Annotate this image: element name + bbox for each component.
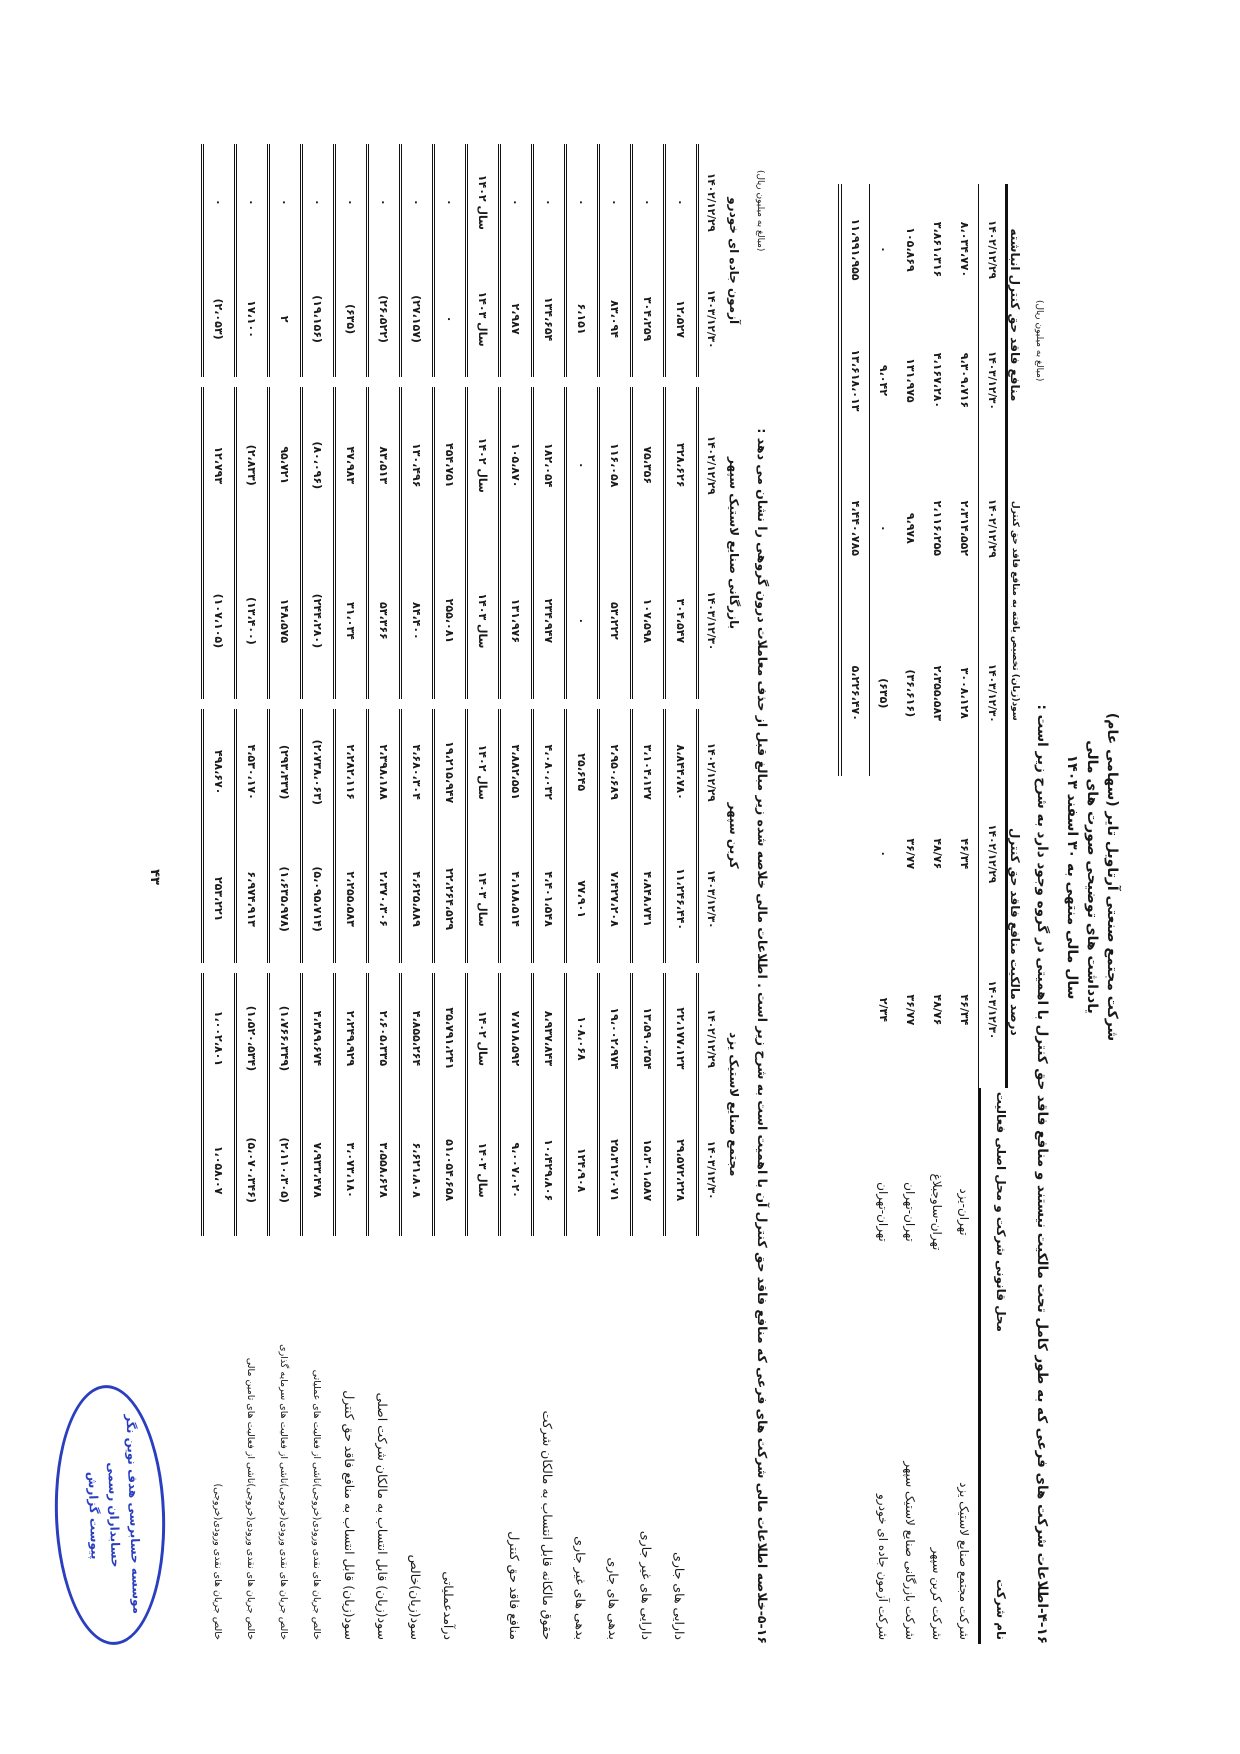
total-accum-prev: ۱۱،۹۹۱،۹۵۵ <box>838 184 870 315</box>
accum-prior: ۰ <box>870 184 897 315</box>
value-cell: ۲۹،۵۷۲،۲۲۸ <box>663 1104 696 1236</box>
value-cell: ۰ <box>531 144 564 261</box>
col-accum-nci: منافع فاقد حق کنترل انباشته <box>1005 184 1022 446</box>
profit-current: (۶۳۵) <box>870 611 897 776</box>
value-cell: ۷،۷۱۸،۵۹۲ <box>498 973 531 1105</box>
value-cell: ۱،۰۰۲،۸۰۱ <box>201 973 234 1105</box>
col-name: نام شرکت <box>978 1336 1022 1644</box>
table-row: دارایی های جاری۲۹،۵۷۲،۲۲۸۲۲،۱۷۷،۱۲۳۱۱،۲۴… <box>663 144 696 1644</box>
value-cell: ۵۳،۲۲۲ <box>597 543 630 699</box>
date-current: ۱۴۰۳/۱۲/۳۰ <box>696 1104 723 1236</box>
gap <box>234 699 267 709</box>
value-cell: ۲۳۴،۹۴۷ <box>531 543 564 699</box>
value-cell: ۸۴،۴۰۰ <box>399 543 432 699</box>
fiscal-period: سال مالی منتهی به ۳۰ اسفند ۱۴۰۳ <box>1062 0 1082 1754</box>
value-cell: ۲،۳۹۸،۱۸۸ <box>366 709 399 836</box>
ownership-prior: ۴۸/۷۶ <box>924 776 951 932</box>
year-header-row: سال ۱۴۰۳سال ۱۴۰۲سال ۱۴۰۳سال ۱۴۰۲سال ۱۴۰۳… <box>465 144 498 1644</box>
value-cell: ۱،۰۵۸،۰۷ <box>201 1104 234 1236</box>
value-cell: ۴،۸۴۸،۷۳۱ <box>630 836 663 963</box>
ownership-current: ۴۶/۳۴ <box>951 932 978 1088</box>
gap <box>465 377 498 387</box>
value-cell: ۲،۳۷۰،۳۰۶ <box>366 836 399 963</box>
value-cell: ۰ <box>432 144 465 261</box>
gap <box>630 963 663 973</box>
value-cell: ۰ <box>201 144 234 261</box>
date-current: ۱۴۰۳/۱۲/۳۰ <box>978 932 1005 1088</box>
value-cell: ۱۵،۳۰۱،۵۸۷ <box>630 1104 663 1236</box>
row-label: خالص جریان های نقدی ورودی(خروجی)ناشی از … <box>234 1236 267 1644</box>
table-row: خالص جریان های نقدی ورودی(خروجی)۱،۰۵۸،۰۷… <box>201 144 234 1644</box>
value-cell: (۸۰،۰۹۶) <box>300 387 333 543</box>
value-cell: ۱۲،۵۲۷ <box>663 261 696 378</box>
gap <box>366 963 399 973</box>
value-cell: ۱۰،۴۲۹،۸۰۶ <box>531 1104 564 1236</box>
value-cell: (۱۰۷،۱۰۵) <box>201 543 234 699</box>
value-cell: ۸،۹۳۷،۸۴۳ <box>531 973 564 1105</box>
value-cell: ۰ <box>498 144 531 261</box>
table-row: شرکت کربن سپهرتهران-ساوجبلاغ۴۸/۷۶۴۸/۷۶۲،… <box>924 184 951 1644</box>
gap <box>498 377 531 387</box>
gap <box>267 699 300 709</box>
accum-prior: ۸،۰۳۴،۷۷۰ <box>951 184 978 315</box>
year-header: سال ۱۴۰۲ <box>465 144 498 261</box>
col-location: محل قانونی شرکت و محل اصلی فعالیت <box>978 1088 1022 1336</box>
company-title: شرکت مجتمع صنعتی آرتاویل تایر (سهامی عام… <box>1102 0 1122 1754</box>
summary-financials-table: مجتمع صنایع لاستیک یزدکربن سپهربازرگانی … <box>201 144 745 1644</box>
value-cell: ۹۵،۷۲۱ <box>267 387 300 543</box>
table-row: خالص جریان های نقدی ورودی(خروجی)ناشی از … <box>300 144 333 1644</box>
gap <box>696 963 723 973</box>
profit-current: ۳۰۰۸،۱۲۸ <box>951 611 978 776</box>
value-cell: ۰ <box>432 261 465 378</box>
date-prior: ۱۴۰۲/۱۲/۲۹ <box>696 387 723 543</box>
year-header: سال ۱۴۰۳ <box>465 836 498 963</box>
year-header: سال ۱۴۰۲ <box>465 387 498 543</box>
empty-cell <box>838 932 870 1088</box>
value-cell: ۳،۵۵۸،۶۲۸ <box>366 1104 399 1236</box>
gap <box>663 699 696 709</box>
profit-prior: ۰ <box>870 446 897 611</box>
gap <box>366 699 399 709</box>
total-profit-cur: ۵،۲۲۶،۴۷۰ <box>838 611 870 776</box>
value-cell: ۱۱،۲۴۶،۴۴۰ <box>663 836 696 963</box>
gap <box>300 377 333 387</box>
value-cell: ۴،۳۸۹،۶۷۴ <box>300 973 333 1105</box>
value-cell: (۲،۱۱۰،۳۰۵) <box>267 1104 300 1236</box>
label-col-spacer <box>723 1236 745 1644</box>
value-cell: (۲۴۴،۲۸۰) <box>300 543 333 699</box>
value-cell: ۳۱،۰۳۴ <box>333 543 366 699</box>
gap <box>630 377 663 387</box>
value-cell: ۲،۹۸۷ <box>498 261 531 378</box>
gap <box>333 963 366 973</box>
empty-cell <box>838 776 870 932</box>
gap <box>432 377 465 387</box>
year-header: سال ۱۴۰۳ <box>465 261 498 378</box>
value-cell: ۲،۲۴۹،۹۲۹ <box>333 973 366 1105</box>
value-cell: ۵۱،۰۵۴،۶۵۸ <box>432 1104 465 1236</box>
value-cell: ۴،۶۲۵،۸۸۹ <box>399 836 432 963</box>
value-cell: ۱۴۸،۵۷۵ <box>267 543 300 699</box>
value-cell: ۸۳،۰۹۴ <box>597 261 630 378</box>
gap <box>564 963 597 973</box>
value-cell: ۲ <box>267 261 300 378</box>
date-prior: ۱۴۰۲/۱۲/۲۹ <box>696 144 723 261</box>
value-cell: ۳۵،۷۹۱،۲۴۱ <box>432 973 465 1105</box>
table-row: شرکت مجتمع صنایع لاستیک یزدتهران-یزد۴۶/۳… <box>951 184 978 1644</box>
value-cell: ۱۹،۰۰۲،۹۷۴ <box>597 973 630 1105</box>
value-cell: ۰ <box>663 144 696 261</box>
value-cell: ۳،۱۰۴،۱۲۷ <box>630 709 663 836</box>
value-cell: ۲۵۵،۰۸۱ <box>432 543 465 699</box>
section1-title: ۴-۱۶-اطلاعات شرکت های فرعی که به طور کام… <box>1034 704 1050 1644</box>
profit-current: ۲،۳۵۵،۵۸۳ <box>924 611 951 776</box>
date-prior: ۱۴۰۲/۱۲/۲۹ <box>696 973 723 1105</box>
row-label: سود(زیان)خالص <box>399 1236 432 1644</box>
year-header: سال ۱۴۰۲ <box>465 709 498 836</box>
company-location: تهران-تهران <box>870 1088 897 1336</box>
value-cell: ۴۵۴،۷۵۱ <box>432 387 465 543</box>
value-cell: (۱،۵۲۰،۵۳۴) <box>234 973 267 1105</box>
gap <box>564 377 597 387</box>
accum-current: ۹،۰۴۲ <box>870 315 897 446</box>
gap <box>723 963 745 973</box>
ownership-current: ۴۸/۷۶ <box>924 932 951 1088</box>
table-row: بدهی های غیر جاری۱۲۴،۹۰۸۱۰۸،۰۶۸۷۷،۹۰۱۲۵،… <box>564 144 597 1644</box>
notes-subtitle: یادداشت های توضیحی صورت های مالی <box>1082 0 1102 1754</box>
value-cell: ۱۳،۵۹۰،۳۵۴ <box>630 973 663 1105</box>
company-location: تهران-ساوجبلاغ <box>924 1088 951 1336</box>
gap <box>564 699 597 709</box>
ownership-prior: ۳۶/۷۷ <box>897 776 924 932</box>
row-label: دارایی های جاری <box>663 1236 696 1644</box>
totals-row: ۵،۲۲۶،۴۷۰۴،۴۴۰،۷۸۵۱۳،۶۱۸،۰۱۳۱۱،۹۹۱،۹۵۵ <box>838 184 870 1644</box>
value-cell: (۲۶،۵۲۲) <box>366 261 399 378</box>
section2-unit: (مبالغ به میلیون ریال) <box>755 170 765 251</box>
table-row: خالص جریان های نقدی ورودی(خروجی)ناشی از … <box>234 144 267 1644</box>
value-cell: ۷۵،۳۵۶ <box>630 387 663 543</box>
gap <box>531 699 564 709</box>
value-cell: ۴،۴۰۱،۵۴۸ <box>531 836 564 963</box>
value-cell: ۴،۸۵۵،۲۶۴ <box>399 973 432 1105</box>
value-cell: ۱۸۲،۰۵۴ <box>531 387 564 543</box>
value-cell: ۲۵۳،۲۲۱ <box>201 836 234 963</box>
value-cell: ۱۳۰،۴۹۶ <box>399 387 432 543</box>
value-cell: ۰ <box>366 144 399 261</box>
value-cell: ۱۲،۷۹۳ <box>201 387 234 543</box>
value-cell: (۱۳،۴۰۰) <box>234 543 267 699</box>
value-cell: ۷،۴۲۷،۲۰۸ <box>597 836 630 963</box>
gap <box>333 699 366 709</box>
gap <box>432 699 465 709</box>
row-label: سود(زیان) قابل انتساب به منافع فاقد حق ک… <box>333 1236 366 1644</box>
row-label: بدهی های غیر جاری <box>564 1236 597 1644</box>
row-label: درآمدعملیاتی <box>432 1236 465 1644</box>
value-cell: ۳،۸۸۲،۵۵۱ <box>498 709 531 836</box>
value-cell: ۱۳۴،۶۵۴ <box>531 261 564 378</box>
gap <box>300 699 333 709</box>
value-cell: ۰ <box>564 543 597 699</box>
value-cell: ۴،۱۸۸،۵۱۴ <box>498 836 531 963</box>
value-cell: ۴،۵۳۰،۱۷۰ <box>234 709 267 836</box>
row-label: خالص جریان های نقدی ورودی(خروجی)ناشی از … <box>267 1236 300 1644</box>
value-cell: (۶۳۵) <box>333 261 366 378</box>
gap <box>201 377 234 387</box>
value-cell: ۰ <box>597 144 630 261</box>
empty-cell <box>465 1236 498 1644</box>
date-current: ۱۴۰۳/۱۲/۳۰ <box>978 611 1005 776</box>
value-cell: ۱۳۱،۹۷۶ <box>498 543 531 699</box>
company-name: شرکت مجتمع صنایع لاستیک یزد <box>951 1336 978 1644</box>
value-cell: (۲۷،۱۵۷) <box>399 261 432 378</box>
value-cell: ۷،۹۳۳،۴۷۸ <box>300 1104 333 1236</box>
total-accum-cur: ۱۳،۶۱۸،۰۱۳ <box>838 315 870 446</box>
table-row: دارایی های غیر جاری۱۵،۳۰۱،۵۸۷۱۳،۵۹۰،۳۵۴۴… <box>630 144 663 1644</box>
table-row: بدهی های جاری۲۵،۳۱۲،۰۷۱۱۹،۰۰۲،۹۷۴۷،۴۲۷،۲… <box>597 144 630 1644</box>
company-group-header: مجتمع صنایع لاستیک یزد <box>723 973 745 1236</box>
profit-current: (۳۶،۶۱۶) <box>897 611 924 776</box>
gap <box>366 377 399 387</box>
ownership-prior: ۰ <box>870 776 897 932</box>
value-cell: ۲،۶۰۵،۳۳۵ <box>366 973 399 1105</box>
gap <box>399 699 432 709</box>
gap <box>498 699 531 709</box>
value-cell: (۲،۰۵۳) <box>201 261 234 378</box>
gap <box>234 377 267 387</box>
empty-cell <box>838 1088 870 1336</box>
gap <box>696 377 723 387</box>
date-current: ۱۴۰۳/۱۲/۳۰ <box>696 543 723 699</box>
value-cell: ۱۲۴،۹۰۸ <box>564 1104 597 1236</box>
profit-prior: ۲،۱۱۶،۲۵۵ <box>924 446 951 611</box>
gap <box>333 377 366 387</box>
document-header: شرکت مجتمع صنعتی آرتاویل تایر (سهامی عام… <box>1062 0 1122 1754</box>
date-prior: ۱۴۰۲/۱۲/۲۹ <box>978 446 1005 611</box>
ownership-current: ۲/۳۴ <box>870 932 897 1088</box>
value-cell: ۰ <box>399 144 432 261</box>
value-cell: (۲،۷۳۸،۰۶۳) <box>300 709 333 836</box>
value-cell: (۲،۸۳۳) <box>234 387 267 543</box>
value-cell: ۸۳،۵۱۳ <box>366 387 399 543</box>
value-cell: ۷۷،۹۰۱ <box>564 836 597 963</box>
year-header: سال ۱۴۰۳ <box>465 543 498 699</box>
value-cell: ۶،۶۲۱،۸۰۸ <box>399 1104 432 1236</box>
value-cell: ۲،۲۵۵،۵۸۳ <box>333 836 366 963</box>
value-cell: ۰ <box>564 144 597 261</box>
company-name: شرکت بازرگانی صنایع لاستیک سپهر <box>897 1336 924 1644</box>
row-label: بدهی های جاری <box>597 1236 630 1644</box>
table-row: خالص جریان های نقدی ورودی(خروجی)ناشی از … <box>267 144 300 1644</box>
gap <box>498 963 531 973</box>
section1-unit: (مبالغ به میلیون ریال) <box>1034 300 1044 381</box>
value-cell: (۱۹،۱۵۶) <box>300 261 333 378</box>
company-location: تهران-تهران <box>897 1088 924 1336</box>
value-cell: ۲۵،۳۱۲،۰۷۱ <box>597 1104 630 1236</box>
date-current: ۱۴۰۳/۱۲/۳۰ <box>696 261 723 378</box>
gap <box>531 963 564 973</box>
value-cell: ۵۳،۳۶۶ <box>366 543 399 699</box>
row-label: خالص جریان های نقدی ورودی(خروجی) <box>201 1236 234 1644</box>
value-cell: ۴،۶۸۰،۳۰۴ <box>399 709 432 836</box>
accum-current: ۹،۳۰۹،۷۱۶ <box>951 315 978 446</box>
company-name: شرکت کربن سپهر <box>924 1336 951 1644</box>
value-cell: ۲،۲۸۲،۱۱۶ <box>333 709 366 836</box>
value-cell: ۲۵،۶۴۵ <box>564 709 597 836</box>
table-row: سود(زیان)خالص۶،۶۲۱،۸۰۸۴،۸۵۵،۲۶۴۴،۶۲۵،۸۸۹… <box>399 144 432 1644</box>
value-cell: ۴۷،۹۸۳ <box>333 387 366 543</box>
value-cell: ۲،۹۵۰،۶۸۹ <box>597 709 630 836</box>
value-cell: ۰ <box>564 387 597 543</box>
value-cell: ۲۲،۲۶۴،۵۲۹ <box>432 836 465 963</box>
ownership-current: ۳۶/۷۷ <box>897 932 924 1088</box>
gap <box>531 377 564 387</box>
row-label: دارایی های غیر جاری <box>630 1236 663 1644</box>
accum-prior: ۳،۸۶۱،۳۱۶ <box>924 184 951 315</box>
row-label: خالص جریان های نقدی ورودی(خروجی)ناشی از … <box>300 1236 333 1644</box>
table-row: سود(زیان) قابل انتساب به مالکان شرکت اصل… <box>366 144 399 1644</box>
value-cell: ۹،۰۰۷،۰۲۰ <box>498 1104 531 1236</box>
col-profit-alloc: سود(زیان) تخصیص یافته به منافع فاقد حق ک… <box>1005 446 1022 776</box>
gap <box>597 963 630 973</box>
value-cell: ۳۰۴،۵۴۷ <box>663 543 696 699</box>
total-profit-prev: ۴،۴۴۰،۷۸۵ <box>838 446 870 611</box>
gap <box>696 699 723 709</box>
accum-current: ۱۳۱،۹۷۵ <box>897 315 924 446</box>
value-cell: (۱،۷۶۶،۳۴۹) <box>267 973 300 1105</box>
date-prior: ۱۴۰۲/۱۲/۲۹ <box>978 776 1005 932</box>
row-label: حقوق مالکانه قابل انتساب به مالکان شرکت <box>531 1236 564 1644</box>
gap <box>234 963 267 973</box>
gap <box>201 699 234 709</box>
company-group-header: کربن سپهر <box>723 709 745 963</box>
value-cell: ۶،۱۵۱ <box>564 261 597 378</box>
value-cell: ۰ <box>333 144 366 261</box>
value-cell: ۱۷،۱۰۰ <box>234 261 267 378</box>
value-cell: ۴،۰۸۰،۰۳۲ <box>531 709 564 836</box>
table-row: منافع فاقد حق کنترل۹،۰۰۷،۰۲۰۷،۷۱۸،۵۹۲۴،۱… <box>498 144 531 1644</box>
value-cell: (۲۹۳،۴۳۷) <box>267 709 300 836</box>
date-prior: ۱۴۰۲/۱۲/۲۹ <box>978 184 1005 315</box>
value-cell: ۰ <box>234 144 267 261</box>
gap <box>597 699 630 709</box>
table-row: حقوق مالکانه قابل انتساب به مالکان شرکت۱… <box>531 144 564 1644</box>
value-cell: (۱،۶۳۵،۹۷۸) <box>267 836 300 963</box>
gap <box>399 377 432 387</box>
accum-prior: ۱۰۵،۸۶۹ <box>897 184 924 315</box>
accum-current: ۴،۱۶۷،۲۸۰ <box>924 315 951 446</box>
company-group-header: آزمون جاده ای خودرو <box>723 144 745 377</box>
value-cell: ۴۹۸،۶۷۰ <box>201 709 234 836</box>
value-cell: ۶،۹۷۴،۹۱۳ <box>234 836 267 963</box>
gap <box>300 963 333 973</box>
value-cell: ۱۰۸،۰۶۸ <box>564 973 597 1105</box>
row-label: منافع فاقد حق کنترل <box>498 1236 531 1644</box>
date-prior: ۱۴۰۲/۱۲/۲۹ <box>696 709 723 836</box>
empty-cell <box>838 1336 870 1644</box>
col-ownership: درصد مالکیت منافع فاقد حق کنترل <box>1005 776 1022 1088</box>
value-cell: (۵،۰۷۰،۳۴۶) <box>234 1104 267 1236</box>
gap <box>723 699 745 709</box>
company-location: تهران-یزد <box>951 1088 978 1336</box>
value-cell: ۱۹،۲۱۵،۹۴۷ <box>432 709 465 836</box>
document-page: شرکت مجتمع صنعتی آرتاویل تایر (سهامی عام… <box>0 0 1240 1754</box>
value-cell: ۳۲۸،۶۲۶ <box>663 387 696 543</box>
value-cell: ۲۲،۱۷۷،۱۲۳ <box>663 973 696 1105</box>
value-cell: ۱۰۷،۵۹۸ <box>630 543 663 699</box>
profit-prior: ۹،۹۷۸ <box>897 446 924 611</box>
gap <box>432 963 465 973</box>
table-row: سود(زیان) قابل انتساب به منافع فاقد حق ک… <box>333 144 366 1644</box>
table-row: شرکت بازرگانی صنایع لاستیک سپهرتهران-تهر… <box>897 184 924 1644</box>
value-cell: ۸،۸۴۴،۷۸۰ <box>663 709 696 836</box>
label-col-spacer <box>696 1236 723 1644</box>
subsidiaries-table: نام شرکت محل قانونی شرکت و محل اصلی فعال… <box>838 184 1022 1644</box>
gap <box>201 963 234 973</box>
gap <box>663 963 696 973</box>
year-header: سال ۱۴۰۳ <box>465 1104 498 1236</box>
gap <box>465 963 498 973</box>
company-name: شرکت آزمون جاده ای خودرو <box>870 1336 897 1644</box>
value-cell: ۳،۰۷۳،۱۸۰ <box>333 1104 366 1236</box>
gap <box>399 963 432 973</box>
gap <box>597 377 630 387</box>
value-cell: ۱۱۶،۰۵۸ <box>597 387 630 543</box>
gap <box>630 699 663 709</box>
value-cell: (۵،۰۹۵،۷۱۴) <box>300 836 333 963</box>
value-cell: ۳۰۴،۲۵۹ <box>630 261 663 378</box>
date-current: ۱۴۰۳/۱۲/۳۰ <box>696 836 723 963</box>
profit-prior: ۲،۳۱۴،۵۵۲ <box>951 446 978 611</box>
table-row: درآمدعملیاتی۵۱،۰۵۴،۶۵۸۳۵،۷۹۱،۲۴۱۲۲،۲۶۴،۵… <box>432 144 465 1644</box>
ownership-prior: ۴۶/۳۴ <box>951 776 978 932</box>
gap <box>723 377 745 387</box>
value-cell: ۱۰۵،۸۷۰ <box>498 387 531 543</box>
company-group-header: بازرگانی صنایع لاستیک سپهر <box>723 387 745 698</box>
section2-title: ۵-۱۶-خلاصه اطلاعات مالی شرکت های فرعی که… <box>755 428 770 1644</box>
gap <box>267 963 300 973</box>
row-label: سود(زیان) قابل انتساب به مالکان شرکت اصل… <box>366 1236 399 1644</box>
table-row: شرکت آزمون جاده ای خودروتهران-تهران۲/۳۴۰… <box>870 184 897 1644</box>
value-cell: ۰ <box>267 144 300 261</box>
year-header: سال ۱۴۰۲ <box>465 973 498 1105</box>
value-cell: ۰ <box>630 144 663 261</box>
date-current: ۱۴۰۳/۱۲/۳۰ <box>978 315 1005 446</box>
gap <box>663 377 696 387</box>
gap <box>465 699 498 709</box>
gap <box>267 377 300 387</box>
value-cell: ۰ <box>300 144 333 261</box>
